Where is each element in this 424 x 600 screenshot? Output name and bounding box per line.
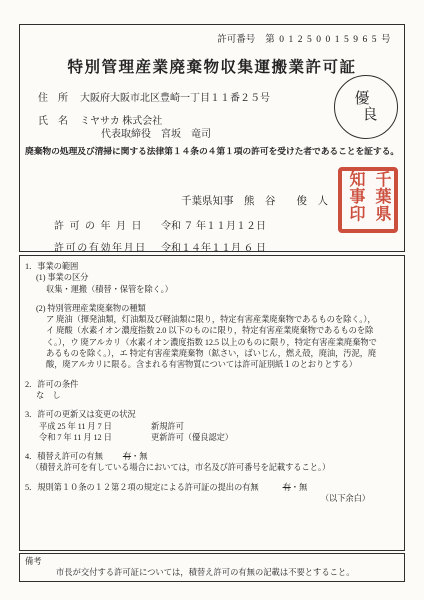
name-label: 氏 名	[38, 116, 68, 127]
remarks-text: 市長が交付する許可証については，積替え許可の有無の記載は不要とすること。	[25, 567, 398, 578]
section-2-heading: 2．許可の条件	[25, 379, 396, 390]
waste-kinds-line: く。），ウ 廃アルカリ（水素イオン濃度指数 12.5 以上のものに限り，特定有害…	[25, 337, 396, 348]
issue-date-label: 許可の年月日	[54, 217, 161, 232]
excellent-stamp-char-top: 優	[354, 91, 369, 107]
seal-right-column: 千葉県	[373, 170, 389, 229]
transfer-permit-yes-option: 有	[123, 452, 131, 461]
section-1-heading: 1．事業の範囲	[25, 261, 396, 272]
waste-kinds-line: 酸，廃アルカリに限る。含まれる有害物質については許可証別紙１のとおりとする）	[25, 359, 396, 370]
blank-below-note: （以下余白）	[25, 493, 396, 504]
permit-number-value: 第01250015965号	[265, 35, 395, 45]
section-1-sub1-value: 収集・運搬（積替・保管を除く。）	[25, 284, 396, 295]
issuer-governor-line: 千葉県知事 熊 谷 俊 人	[181, 193, 328, 208]
certification-statement: 廃棄物の処理及び清掃に関する法律第１４条の４第１項の許可を受けた者であることを証…	[25, 144, 403, 157]
expiry-date-value: 令和１４年１１月 ６ 日	[161, 239, 266, 254]
permit-number-row: 許可番号第01250015965号	[217, 31, 395, 45]
transfer-permit-no-option: 無	[139, 452, 147, 461]
certificate-title: 特別管理産業廃棄物収集運搬業許可証	[20, 55, 404, 77]
certificate-body-box: 1．事業の範囲 (1) 事業の区分 収集・運搬（積替・保管を除く。） (2) 特…	[19, 255, 405, 551]
seal-left-column: 知事印	[347, 170, 363, 229]
waste-kinds-line: ア 廃油（揮発油類，灯油類及び軽油類に限り，特定有害産業廃棄物であるものを除く。…	[25, 314, 396, 325]
holder-address-row: 住 所大阪府大阪市北区豊崎一丁目１１番２５号	[38, 89, 270, 104]
history-entry-date: 令和 7 年 11 月 12 日	[39, 432, 151, 443]
history-entry-event: 更新許可（優良認定）	[151, 432, 233, 443]
section-1-sub1-heading: (1) 事業の区分	[25, 272, 396, 283]
history-entry-row: 平成 25 年 11 月 7 日 新規許可	[25, 421, 396, 432]
yes-no-separator: ・	[291, 483, 299, 492]
governor-red-seal: 千葉県 知事印	[338, 167, 398, 233]
section-2-value: な し	[25, 390, 396, 401]
expiry-date-row: 許可の有効年月日 令和１４年１１月 ６ 日	[54, 239, 266, 254]
history-entry-date: 平成 25 年 11 月 7 日	[39, 421, 151, 432]
issue-date-row: 許可の年月日 令和 ７ 年１１月１２日	[54, 217, 266, 232]
yes-no-separator: ・	[131, 452, 139, 461]
submission-yes-option: 有	[283, 483, 291, 492]
certificate-document: 許可番号第01250015965号 特別管理産業廃棄物収集運搬業許可証 住 所大…	[19, 24, 405, 582]
excellent-rating-stamp: 優 良	[334, 75, 398, 139]
section-4-note: （積替え許可を有している場合においては，市名及び許可番号を記載すること。）	[25, 462, 396, 473]
issue-date-value: 令和 ７ 年１１月１２日	[161, 217, 266, 232]
history-entry-event: 新規許可	[151, 421, 184, 432]
address-value: 大阪府大阪市北区豊崎一丁目１１番２５号	[80, 93, 270, 104]
excellent-stamp-char-bottom: 良	[362, 107, 377, 123]
section-5-row: 5．規則第１０条の１２第２項の規定による許可証の提出の有無有・無	[25, 482, 396, 493]
section-5-heading: 5．規則第１０条の１２第２項の規定による許可証の提出の有無	[25, 483, 259, 492]
history-entry-row: 令和 7 年 11 月 12 日 更新許可（優良認定）	[25, 432, 396, 443]
remarks-box: 備考 市長が交付する許可証については，積替え許可の有無の記載は不要とすること。	[19, 553, 405, 582]
waste-kinds-line: イ 廃酸（水素イオン濃度指数 2.0 以下のものに限り，特定有害産業廃棄物である…	[25, 325, 396, 336]
expiry-date-label: 許可の有効年月日	[54, 239, 161, 254]
certificate-header-box: 許可番号第01250015965号 特別管理産業廃棄物収集運搬業許可証 住 所大…	[19, 24, 405, 252]
permit-number-label: 許可番号	[217, 35, 255, 45]
address-label: 住 所	[38, 93, 68, 104]
section-3-heading: 3．許可の更新又は変更の状況	[25, 409, 396, 420]
section-4-row: 4．積替え許可の有無有・無	[25, 451, 396, 462]
waste-kinds-line: あるものを除く。），エ 特定有害産業廃棄物（鉱さい，ばいじん，燃え殻，廃油，汚泥…	[25, 348, 396, 359]
submission-no-option: 無	[299, 483, 307, 492]
representative-name: 代表取締役 宮坂 竜司	[101, 125, 211, 140]
scanned-certificate-page: { "colors": { "seal_red": "#c8402e", "in…	[0, 0, 424, 600]
section-4-heading: 4．積替え許可の有無	[25, 452, 103, 461]
remarks-label: 備考	[25, 556, 398, 567]
section-1-sub2-heading: (2) 特別管理産業廃棄物の種類	[25, 303, 396, 314]
